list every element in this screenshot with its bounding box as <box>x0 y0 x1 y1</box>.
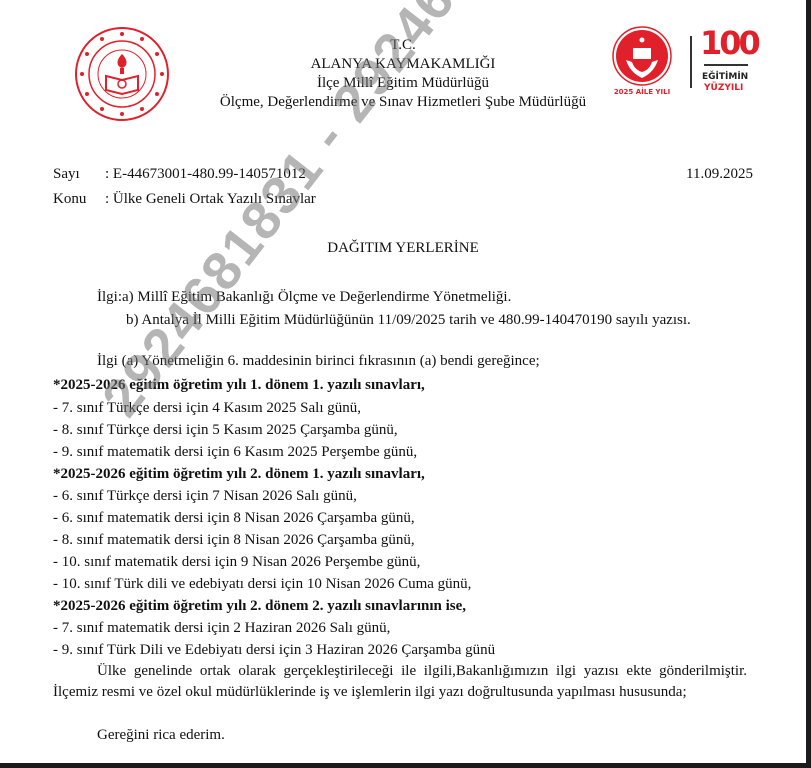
exam-item: - 7. sınıf Türkçe dersi için 4 Kasım 202… <box>53 399 361 418</box>
exam-item: - 8. sınıf matematik dersi için 8 Nisan … <box>53 531 415 550</box>
document-page: T.C. ALANYA KAYMAKAMLIĞI İlçe Millî Eğit… <box>0 0 806 763</box>
exam-item: - 8. sınıf Türkçe dersi için 5 Kasım 202… <box>53 421 398 440</box>
viewer-frame-right <box>806 0 811 768</box>
exam-item: - 9. sınıf Türk Dili ve Edebiyatı dersi … <box>53 641 495 660</box>
century-number: 100 <box>700 26 758 60</box>
svg-text:2025 AİLE YILI: 2025 AİLE YILI <box>614 87 670 96</box>
right-logos: 2025 AİLE YILI 100 EĞİTİMİN YÜZYILI <box>612 26 752 106</box>
sayi-label: Sayı <box>53 166 80 183</box>
konu-value: : Ülke Geneli Ortak Yazılı Sınavlar <box>105 191 316 208</box>
exam-item: - 10. sınıf Türk dili ve edebiyatı dersi… <box>53 575 471 594</box>
document-date: 11.09.2025 <box>686 166 753 183</box>
ilgi-b: b) Antalya İl Milli Eğitim Müdürlüğünün … <box>126 311 691 330</box>
exam-item: - 6. sınıf matematik dersi için 8 Nisan … <box>53 509 415 528</box>
logo-divider <box>690 36 692 88</box>
konu-label: Konu <box>53 191 86 208</box>
exam-item: - 6. sınıf Türkçe dersi için 7 Nisan 202… <box>53 487 357 506</box>
century-line1: EĞİTİMİN <box>702 72 748 82</box>
sayi-value: : E-44673001-480.99-140571012 <box>105 166 306 183</box>
closing-line: Gereğini rica ederim. <box>97 726 225 745</box>
section-heading: *2025-2026 eğitim öğretim yılı 1. dönem … <box>53 376 425 395</box>
family-year-logo: 2025 AİLE YILI <box>612 26 674 96</box>
intro-line: İlgi (a) Yönetmeliğin 6. maddesinin biri… <box>97 352 540 371</box>
exam-item: - 10. sınıf matematik dersi için 9 Nisan… <box>53 553 420 572</box>
ilgi-a: İlgi:a) Millî Eğitim Bakanlığı Ölçme ve … <box>97 288 511 307</box>
section-heading: *2025-2026 eğitim öğretim yılı 2. dönem … <box>53 465 425 484</box>
viewer-frame-bottom <box>0 763 811 768</box>
book-icon <box>704 64 748 72</box>
exam-item: - 9. sınıf matematik dersi için 6 Kasım … <box>53 443 417 462</box>
body-paragraph: Ülke genelinde ortak olarak gerçekleştir… <box>53 661 747 703</box>
exam-item: - 7. sınıf matematik dersi için 2 Hazira… <box>53 619 390 638</box>
century-line2: YÜZYILI <box>704 83 743 93</box>
section-heading: *2025-2026 eğitim öğretim yılı 2. dönem … <box>53 597 466 616</box>
distribution-title: DAĞITIM YERLERİNE <box>0 240 806 257</box>
